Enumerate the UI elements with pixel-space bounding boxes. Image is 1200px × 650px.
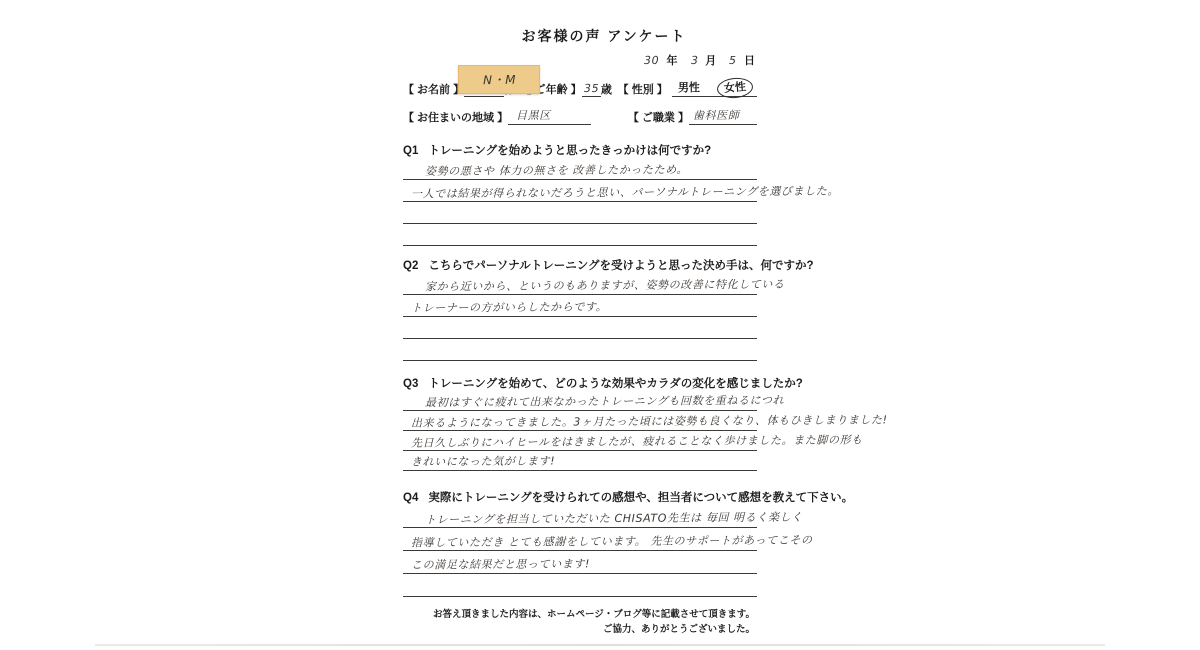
region-field-label: 【 お住まいの地域 】 <box>403 109 508 125</box>
answer-line: 指導していただき とても感謝をしています。 先生のサポートがあってこその <box>403 528 757 551</box>
handwritten-answer: きれいになった気がします! <box>411 452 555 469</box>
question-q1-text: トレーニングを始めようと思ったきっかけは何ですか? <box>428 145 711 157</box>
region-field-line: 目黒区 <box>508 107 591 125</box>
question-q4-text: 実際にトレーニングを受けられての感想や、担当者について感想を教えて下さい。 <box>428 492 853 504</box>
age-field-line: 35 <box>582 82 601 97</box>
answer-line <box>403 202 757 224</box>
answer-line <box>403 574 757 597</box>
handwritten-answer: トレーニングを担当していただいた CHISATO先生は 毎回 明るく楽しく <box>425 509 803 528</box>
privacy-sticky-note: N・M <box>458 65 540 94</box>
question-q2-id: Q2 <box>403 260 418 272</box>
answer-line: きれいになった気がします! <box>403 451 757 471</box>
handwritten-answer: この満足な結果だと思っています! <box>411 555 590 572</box>
date-day-value: 5 <box>729 54 737 67</box>
answer-line <box>403 339 757 361</box>
date-year-label: 年 <box>667 55 678 67</box>
answer-line: トレーニングを担当していただいた CHISATO先生は 毎回 明るく楽しく <box>403 505 757 528</box>
footer-note-line2: ご協力、ありがとうございました。 <box>403 623 755 638</box>
answer-line: 姿勢の悪さや 体力の無さを 改善したかったため。 <box>403 158 757 180</box>
region-job-row: 【 お住まいの地域 】 目黒区 【 ご職業 】 歯科医師 <box>403 107 757 125</box>
question-q2-text: こちらでパーソナルトレーニングを受けようと思った決め手は、何ですか? <box>428 260 813 272</box>
footer-note-line1: お答え頂きました内容は、ホームページ・ブログ等に記載させて頂きます。 <box>403 608 755 623</box>
answer-line: 出来るようになってきました。3ヶ月たった頃には姿勢も良くなり、体もひきしまりまし… <box>403 411 757 431</box>
handwritten-answer: 最初はすぐに疲れて出来なかったトレーニングも回数を重ねるにつれ <box>425 392 784 411</box>
scanned-survey-page: お客様の声 アンケート 30 年 3 月 5 日 【 お名前 】 N・M 様 【… <box>0 0 1200 650</box>
page-title: お客様の声 アンケート <box>451 26 757 46</box>
job-value: 歯科医師 <box>693 107 740 123</box>
question-q2: Q2こちらでパーソナルトレーニングを受けようと思った決め手は、何ですか? 家から… <box>403 257 757 361</box>
date-year-value: 30 <box>644 54 659 67</box>
name-field-line: N・M <box>464 80 504 97</box>
answer-line: 一人では結果が得られないだろうと思い、パーソナルトレーニングを選びました。 <box>403 180 757 202</box>
date-month-value: 3 <box>691 54 699 67</box>
answer-line: トレーナーの方がいらしたからです。 <box>403 295 757 317</box>
name-value: N・M <box>482 71 515 89</box>
question-q3-header: Q3トレーニングを始めて、どのような効果やカラダの変化を感じましたか? <box>403 375 757 391</box>
gender-options: 男性 女性 <box>672 78 757 97</box>
region-value: 目黒区 <box>516 107 551 123</box>
handwritten-answer: 指導していただき とても感謝をしています。 先生のサポートがあってこその <box>411 532 813 551</box>
answer-line <box>403 317 757 339</box>
gender-field-label: 【 性別 】 <box>618 81 668 97</box>
gender-option-male: 男性 <box>678 82 700 94</box>
date-row: 30 年 3 月 5 日 <box>403 52 757 68</box>
answer-line: 先日久しぶりにハイヒールをはきましたが、疲れることなく歩けました。また脚の形も <box>403 431 757 451</box>
survey-form: お客様の声 アンケート 30 年 3 月 5 日 【 お名前 】 N・M 様 【… <box>403 26 757 637</box>
handwritten-answer: 先日久しぶりにハイヒールをはきましたが、疲れることなく歩けました。また脚の形も <box>411 431 863 450</box>
name-field-label: 【 お名前 】 <box>403 81 464 97</box>
answer-line: 家から近いから、というのもありますが、姿勢の改善に特化している <box>403 273 757 295</box>
question-q3: Q3トレーニングを始めて、どのような効果やカラダの変化を感じましたか? 最初はす… <box>403 375 757 471</box>
question-q3-text: トレーニングを始めて、どのような効果やカラダの変化を感じましたか? <box>428 378 802 390</box>
handwritten-answer: 出来るようになってきました。3ヶ月たった頃には姿勢も良くなり、体もひきしまりまし… <box>411 411 888 430</box>
name-age-gender-row: 【 お名前 】 N・M 様 【 ご年齢 】 35 歳 【 性別 】 男性 女性 <box>403 78 757 97</box>
gender-option-female: 女性 <box>724 81 747 95</box>
question-q1-header: Q1トレーニングを始めようと思ったきっかけは何ですか? <box>403 142 757 158</box>
job-field-label: 【 ご職業 】 <box>628 109 689 125</box>
question-q2-header: Q2こちらでパーソナルトレーニングを受けようと思った決め手は、何ですか? <box>403 257 757 273</box>
question-q1: Q1トレーニングを始めようと思ったきっかけは何ですか? 姿勢の悪さや 体力の無さ… <box>403 142 757 246</box>
handwritten-answer: 一人では結果が得られないだろうと思い、パーソナルトレーニングを選びました。 <box>411 183 839 202</box>
scan-edge-artifact <box>95 644 1105 646</box>
handwritten-answer: トレーナーの方がいらしたからです。 <box>411 298 607 315</box>
footer-note: お答え頂きました内容は、ホームページ・ブログ等に記載させて頂きます。 ご協力、あ… <box>403 608 757 637</box>
question-q4-header: Q4実際にトレーニングを受けられての感想や、担当者について感想を教えて下さい。 <box>403 489 757 505</box>
age-suffix: 歳 <box>601 81 612 97</box>
handwritten-answer: 家から近いから、というのもありますが、姿勢の改善に特化している <box>425 276 785 295</box>
question-q3-id: Q3 <box>403 378 418 390</box>
answer-line <box>403 224 757 246</box>
question-q4-id: Q4 <box>403 492 418 504</box>
gender-option-female-circled: 女性 <box>716 76 754 99</box>
date-day-label: 日 <box>744 55 755 67</box>
question-q4: Q4実際にトレーニングを受けられての感想や、担当者について感想を教えて下さい。 … <box>403 489 757 597</box>
answer-line: 最初はすぐに疲れて出来なかったトレーニングも回数を重ねるにつれ <box>403 391 757 411</box>
answer-line: この満足な結果だと思っています! <box>403 551 757 574</box>
job-field-line: 歯科医師 <box>689 107 757 125</box>
question-q1-id: Q1 <box>403 145 418 157</box>
handwritten-answer: 姿勢の悪さや 体力の無さを 改善したかったため。 <box>425 161 688 179</box>
date-month-label: 月 <box>705 55 716 67</box>
age-value: 35 <box>584 82 599 95</box>
